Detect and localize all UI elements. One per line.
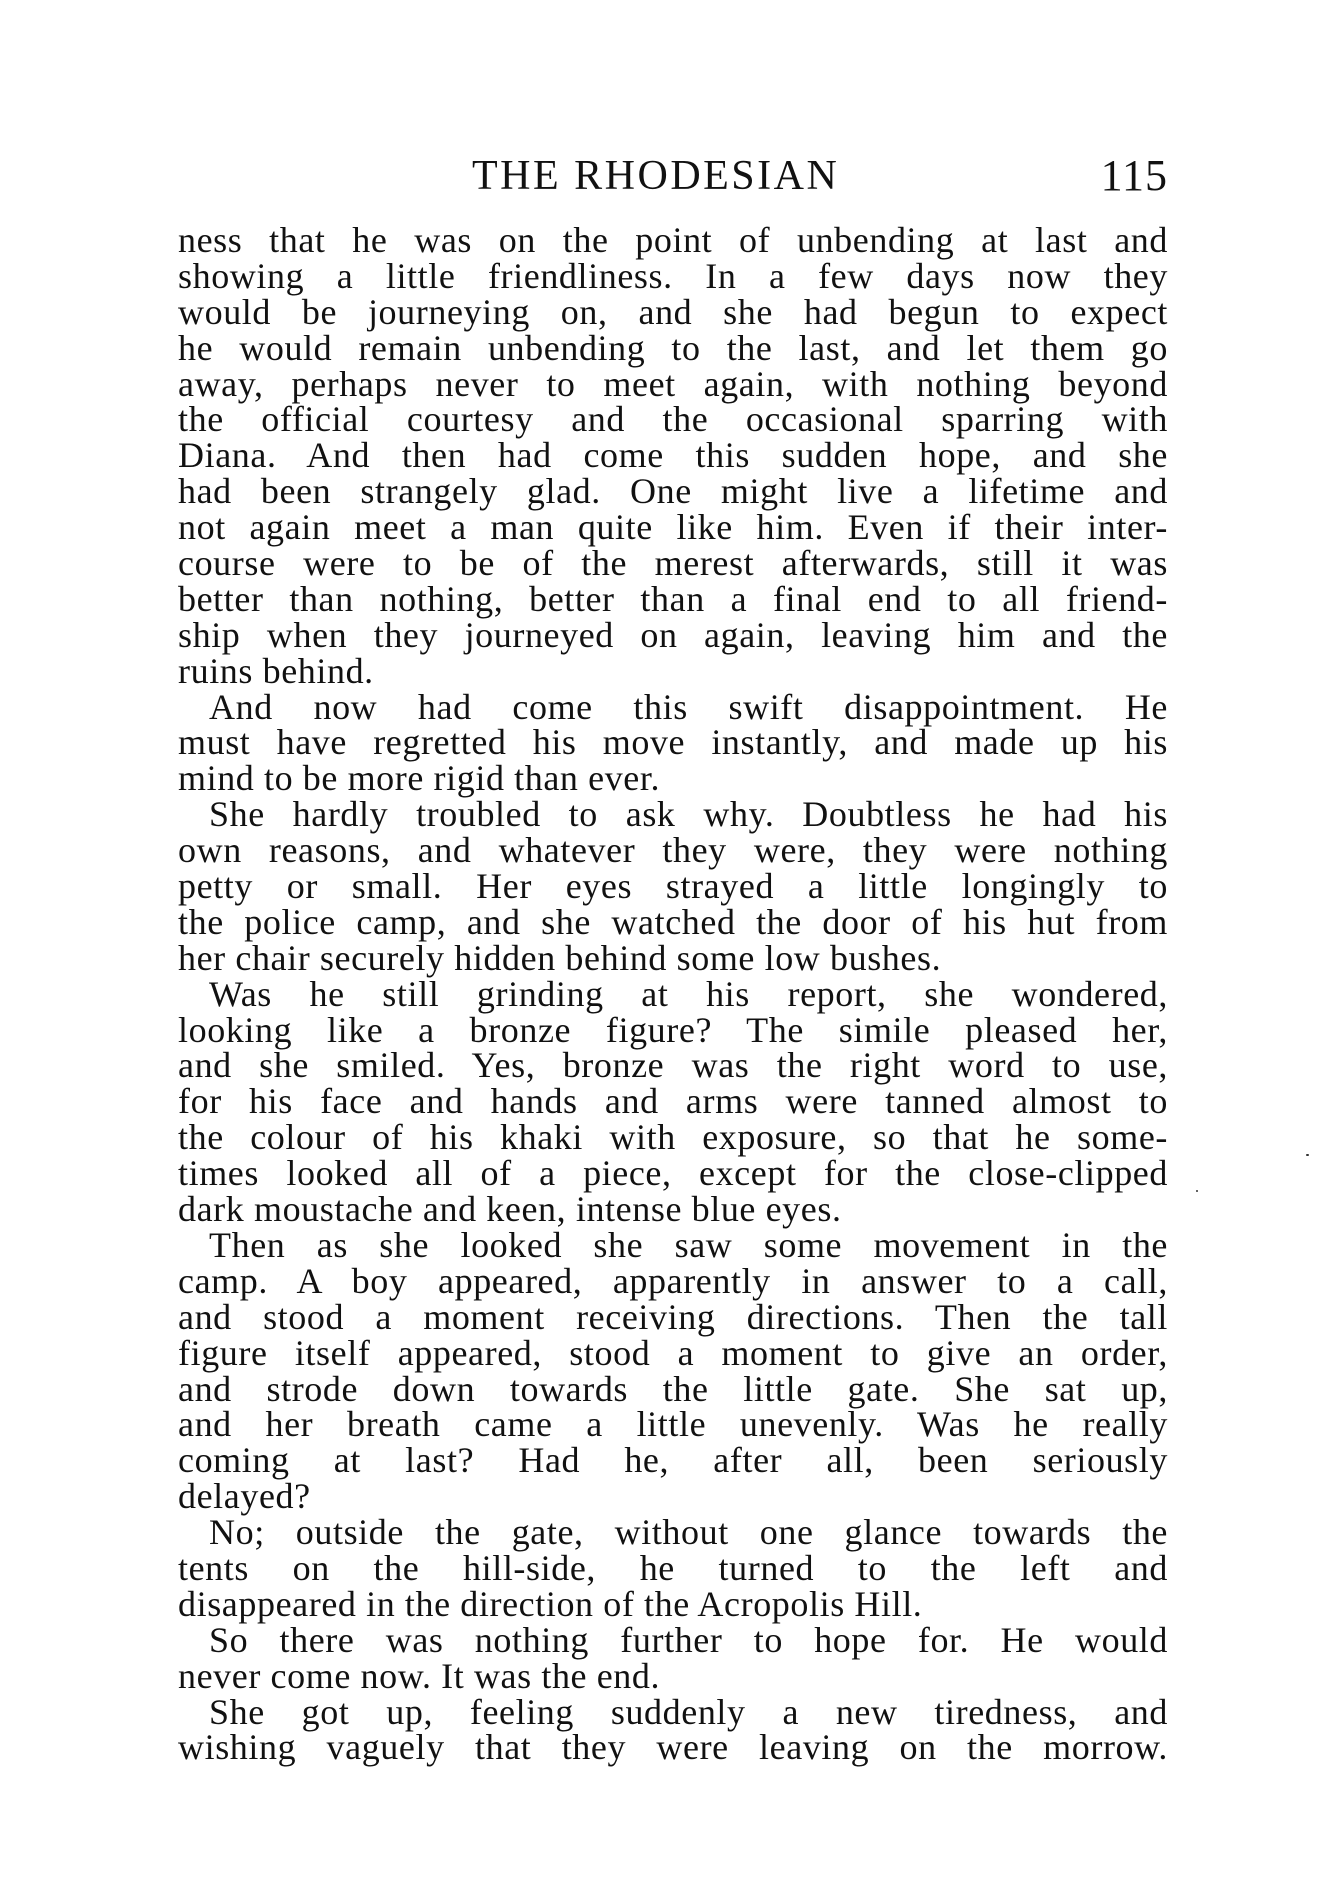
text-line: Diana. And then had come this sudden hop… [178, 438, 1168, 474]
text-line: for his face and hands and arms were tan… [178, 1084, 1168, 1120]
book-page: THE RHODESIAN 115 ness that he was on th… [0, 0, 1329, 1893]
text-line: ship when they journeyed on again, leavi… [178, 618, 1168, 654]
paragraph-first-line: Then as she looked she saw some movement… [178, 1228, 1168, 1264]
paragraph-first-line: And now had come this swift disappointme… [178, 690, 1168, 726]
text-line: own reasons, and whatever they were, the… [178, 833, 1168, 869]
text-line: times looked all of a piece, except for … [178, 1156, 1168, 1192]
text-line: ness that he was on the point of unbendi… [178, 223, 1168, 259]
text-line: would be journeying on, and she had begu… [178, 295, 1168, 331]
text-line: never come now. It was the end. [178, 1659, 1168, 1695]
text-line: had been strangely glad. One might live … [178, 474, 1168, 510]
paragraph-first-line: Was he still grinding at his report, she… [178, 977, 1168, 1013]
text-line: and strode down towards the little gate.… [178, 1372, 1168, 1408]
running-head: THE RHODESIAN 115 [178, 153, 1168, 199]
text-line: mind to be more rigid than ever. [178, 761, 1168, 797]
text-line: must have regretted his move instantly, … [178, 725, 1168, 761]
text-line: camp. A boy appeared, apparently in answ… [178, 1264, 1168, 1300]
body-text: ness that he was on the point of unbendi… [178, 223, 1168, 1766]
text-line: the official courtesy and the occasional… [178, 402, 1168, 438]
text-line: petty or small. Her eyes strayed a littl… [178, 869, 1168, 905]
text-line: tents on the hill-side, he turned to the… [178, 1551, 1168, 1587]
text-line: wishing vaguely that they were leaving o… [178, 1730, 1168, 1766]
text-line: and her breath came a little unevenly. W… [178, 1407, 1168, 1443]
text-line: and stood a moment receiving directions.… [178, 1300, 1168, 1336]
scan-speck [1196, 1190, 1198, 1192]
text-line: the police camp, and she watched the doo… [178, 905, 1168, 941]
text-line: ruins behind. [178, 654, 1168, 690]
running-title: THE RHODESIAN [472, 153, 839, 199]
text-line: dark moustache and keen, intense blue ey… [178, 1192, 1168, 1228]
text-line: he would remain unbending to the last, a… [178, 331, 1168, 367]
text-line: and she smiled. Yes, bronze was the righ… [178, 1048, 1168, 1084]
text-line: away, perhaps never to meet again, with … [178, 367, 1168, 403]
paragraph-first-line: So there was nothing further to hope for… [178, 1623, 1168, 1659]
text-line: figure itself appeared, stood a moment t… [178, 1336, 1168, 1372]
text-line: not again meet a man quite like him. Eve… [178, 510, 1168, 546]
text-line: showing a little friendliness. In a few … [178, 259, 1168, 295]
paragraph-first-line: No; outside the gate, without one glance… [178, 1515, 1168, 1551]
text-line: better than nothing, better than a final… [178, 582, 1168, 618]
paragraph-first-line: She got up, feeling suddenly a new tired… [178, 1695, 1168, 1731]
page-number: 115 [1101, 153, 1168, 199]
text-line: her chair securely hidden behind some lo… [178, 941, 1168, 977]
text-line: coming at last? Had he, after all, been … [178, 1443, 1168, 1479]
text-line: looking like a bronze figure? The simile… [178, 1013, 1168, 1049]
scan-speck [1306, 1154, 1309, 1156]
text-line: delayed? [178, 1479, 1168, 1515]
text-line: the colour of his khaki with exposure, s… [178, 1120, 1168, 1156]
text-line: disappeared in the direction of the Acro… [178, 1587, 1168, 1623]
text-line: course were to be of the merest afterwar… [178, 546, 1168, 582]
paragraph-first-line: She hardly troubled to ask why. Doubtles… [178, 797, 1168, 833]
